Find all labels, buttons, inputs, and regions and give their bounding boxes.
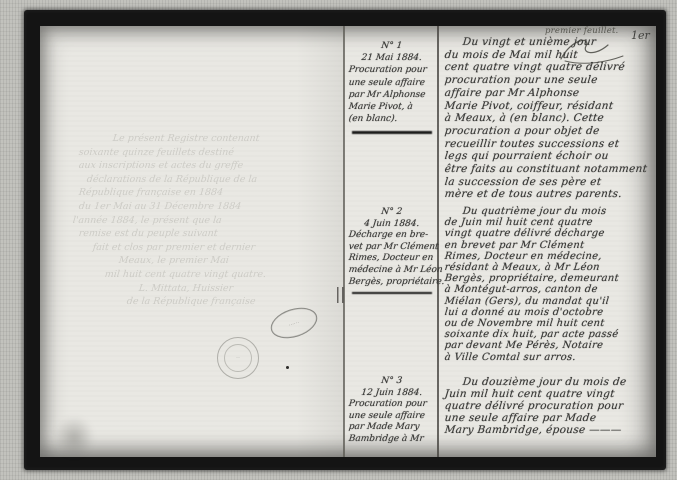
faint-handwriting-line: République française en 1884: [78, 186, 331, 200]
body-text-line: en brevet par Mr Clément: [444, 240, 663, 251]
entry-1-body-text: Du vingt et unième jourdu mois de Mai mi…: [444, 36, 662, 201]
fold-ink-mark: [337, 287, 346, 303]
body-text-line: une seule affaire par Made: [444, 412, 663, 424]
margin-note-line: Bergès, propriétaire.: [348, 277, 435, 289]
body-text-line: soixante dix huit, par acte passé: [444, 329, 663, 340]
faint-handwriting-line: aux inscriptions et actes du greffe: [78, 159, 331, 173]
body-text-line: quatre délivré procuration pour: [444, 400, 663, 412]
margin-note-line: Procuration pour: [348, 399, 435, 411]
faint-handwriting-line: du 1er Mai au 31 Décembre 1884: [78, 200, 331, 214]
body-text-line: Bergès, propriétaire, demeurant: [444, 273, 663, 284]
body-text-line: vingt quatre délivré décharge: [444, 228, 663, 239]
round-stamp-text: ····: [236, 356, 240, 360]
faint-handwriting-line: remise est du peuple suivant: [78, 227, 331, 241]
body-text-line: à Meaux, à (en blanc). Cette: [444, 112, 663, 125]
ink-speck: [286, 366, 289, 369]
page-fold-line: [343, 26, 345, 457]
body-text-line: Miélan (Gers), du mandat qu'il: [444, 296, 663, 307]
body-text-line: affaire par Mr Alphonse: [444, 87, 663, 100]
body-text-line: Rimes, Docteur en médecine,: [444, 251, 663, 262]
body-text-line: Du douzième jour du mois de: [444, 376, 663, 388]
body-text-line: cent quatre vingt quatre délivré: [444, 61, 663, 74]
margin-note-line: N° 2: [348, 207, 435, 219]
body-text-line: ou de Novembre mil huit cent: [444, 318, 663, 329]
body-text-line: par devant Me Pérès, Notaire: [444, 340, 663, 351]
scanned-register-photo: Le présent Registre contenantsoixante qu…: [0, 0, 677, 480]
entry-3-body-text: Du douzième jour du mois deJuin mil huit…: [444, 376, 662, 436]
margin-note-line: médecine à Mr Léon: [348, 265, 435, 277]
entry-1-margin-note: N° 121 Mai 1884.Procuration pourune seul…: [348, 40, 434, 125]
margin-note-line: (en blanc).: [348, 113, 435, 125]
body-text-line: de Juin mil huit cent quatre: [444, 217, 663, 228]
register-page: Le présent Registre contenantsoixante qu…: [40, 26, 656, 457]
round-stamp-ring: ····: [224, 344, 252, 372]
paper-smudge: [46, 408, 102, 466]
body-text-line: procuration pour une seule: [444, 74, 663, 87]
margin-note-line: N° 3: [348, 376, 435, 388]
margin-note-line: 12 Juin 1884.: [348, 388, 435, 400]
entry-2-body-text: Du quatrième jour du moisde Juin mil hui…: [444, 206, 662, 363]
margin-note-line: Marie Pivot, à: [348, 101, 435, 113]
margin-note-line: une seule affaire: [348, 77, 435, 89]
body-text-line: legs qui pourraient échoir ou: [444, 150, 663, 163]
entry-3-margin-note: N° 312 Juin 1884.Procuration pourune seu…: [348, 376, 434, 446]
body-text-line: Juin mil huit cent quatre vingt: [444, 388, 663, 400]
margin-note-line: N° 1: [348, 40, 435, 52]
body-text-line: Du quatrième jour du mois: [444, 206, 663, 217]
margin-note-line: vet par Mr Clément: [348, 242, 435, 254]
entry-separator-rule: [352, 292, 432, 294]
body-text-line: à Ville Comtal sur arros.: [444, 352, 663, 363]
body-text-line: Du vingt et unième jour: [444, 36, 663, 49]
margin-note-line: Bambridge à Mr: [348, 434, 435, 446]
body-text-line: recueillir toutes successions et: [444, 138, 663, 151]
body-text-line: Marie Pivot, coiffeur, résidant: [444, 100, 663, 113]
body-text-line: du mois de Mai mil huit: [444, 49, 663, 62]
body-text-line: Mary Bambridge, épouse ———: [444, 424, 663, 436]
body-text-line: à Montégut-arros, canton de: [444, 284, 663, 295]
faint-handwriting-line: soixante quinze feuillets destiné: [78, 146, 331, 160]
margin-note-line: 4 Juin 1884.: [348, 219, 435, 231]
entry-2-margin-note: N° 24 Juin 1884.Décharge en bre-vet par …: [348, 207, 434, 288]
certification-faint-text: Le présent Registre contenantsoixante qu…: [78, 132, 330, 309]
entry-separator-rule: [352, 131, 432, 134]
margin-note-line: par Mr Alphonse: [348, 89, 435, 101]
faint-handwriting-line: déclarations de la République de la: [86, 173, 331, 187]
margin-note-line: une seule affaire: [348, 411, 435, 423]
faint-handwriting-line: l'année 1884, le présent que la: [72, 214, 331, 228]
body-text-line: être faits au constituant notamment: [444, 163, 663, 176]
margin-note-line: par Made Mary: [348, 422, 435, 434]
margin-note-line: Rimes, Docteur en: [348, 253, 435, 265]
body-text-line: la succession de ses père et: [444, 176, 663, 189]
body-text-line: résidant à Meaux, à Mr Léon: [444, 262, 663, 273]
body-text-line: procuration a pour objet de: [444, 125, 663, 138]
margin-note-line: 21 Mai 1884.: [348, 52, 435, 64]
margin-note-line: Procuration pour: [348, 64, 435, 76]
gutter-shadow: [296, 26, 344, 457]
body-text-line: lui a donné au mois d'octobre: [444, 307, 663, 318]
margin-note-line: Décharge en bre-: [348, 230, 435, 242]
round-stamp: ····: [217, 337, 259, 379]
body-text-line: mère et de tous autres parents.: [444, 188, 663, 201]
